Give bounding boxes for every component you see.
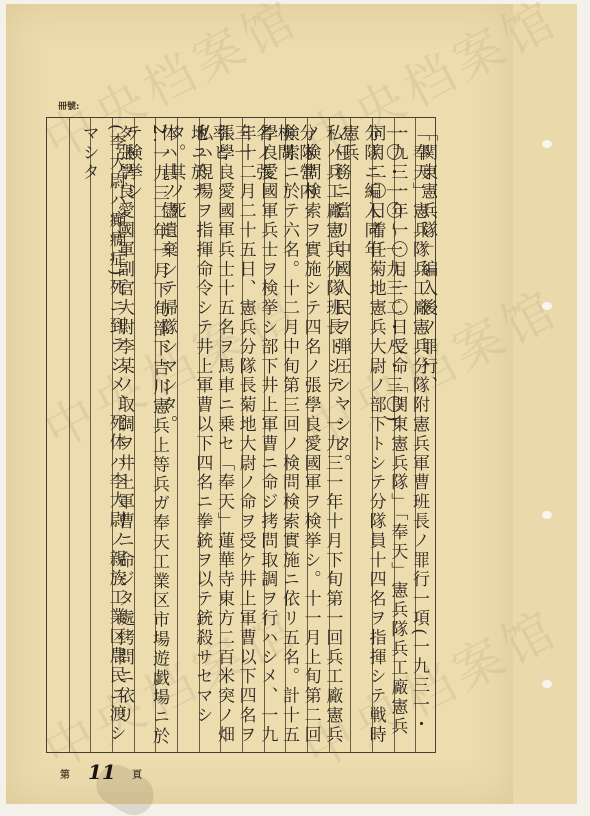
punch-hole (542, 511, 552, 519)
column-text: 私ハ現場ヲ指揮命令シテ井上軍曹以下四名ニ拳銃ヲ以テ銃殺サセマシタ。其ノ死 (178, 124, 199, 752)
text-column: 2.一九三二年一月下旬部下吉川憲兵上等兵ガ奉天工業区市場遊戯場ニ於テ検挙シ (134, 118, 156, 752)
text-column: (李大尉ハ癲癇症)死ニ到ラシメ、死体ハ李大尉ノ親族工業区農民ニ渡シマシタ (90, 118, 112, 752)
punch-hole (542, 140, 552, 148)
manuscript-grid: 「関東憲兵隊」編入後ノ罪行、「奉天」憲兵隊兵工廠憲兵分隊附憲兵軍曹班長ノ罪行一項… (46, 117, 436, 753)
page-number: 11 (88, 760, 116, 784)
text-column: 同月二〇日着任菊地憲兵大尉ノ部下トシテ分隊員十四名ヲ指揮シテ戦時憲兵 (350, 118, 372, 752)
text-column (47, 118, 69, 752)
page-prefix: 第 (60, 766, 70, 781)
text-column (69, 118, 91, 752)
punch-hole (542, 302, 552, 310)
text-column: 私ハ現場ヲ指揮命令シテ井上軍曹以下四名ニ拳銃ヲ以テ銃殺サセマシタ。其ノ死 (177, 118, 199, 752)
punch-hole (542, 680, 552, 688)
column-text: (李大尉ハ癲癇症)死ニ到ラシメ、死体ハ李大尉ノ親族工業区農民ニ渡シマシタ (91, 124, 112, 752)
column-text: 2.一九三二年一月下旬部下吉川憲兵上等兵ガ奉天工業区市場遊戯場ニ於テ検挙シ (135, 124, 156, 752)
column-text: 同月二〇日着任菊地憲兵大尉ノ部下トシテ分隊員十四名ヲ指揮シテ戦時憲兵 (351, 124, 372, 752)
page-suffix: 頁 (132, 766, 142, 781)
file-number-label: 冊號: (58, 99, 79, 112)
